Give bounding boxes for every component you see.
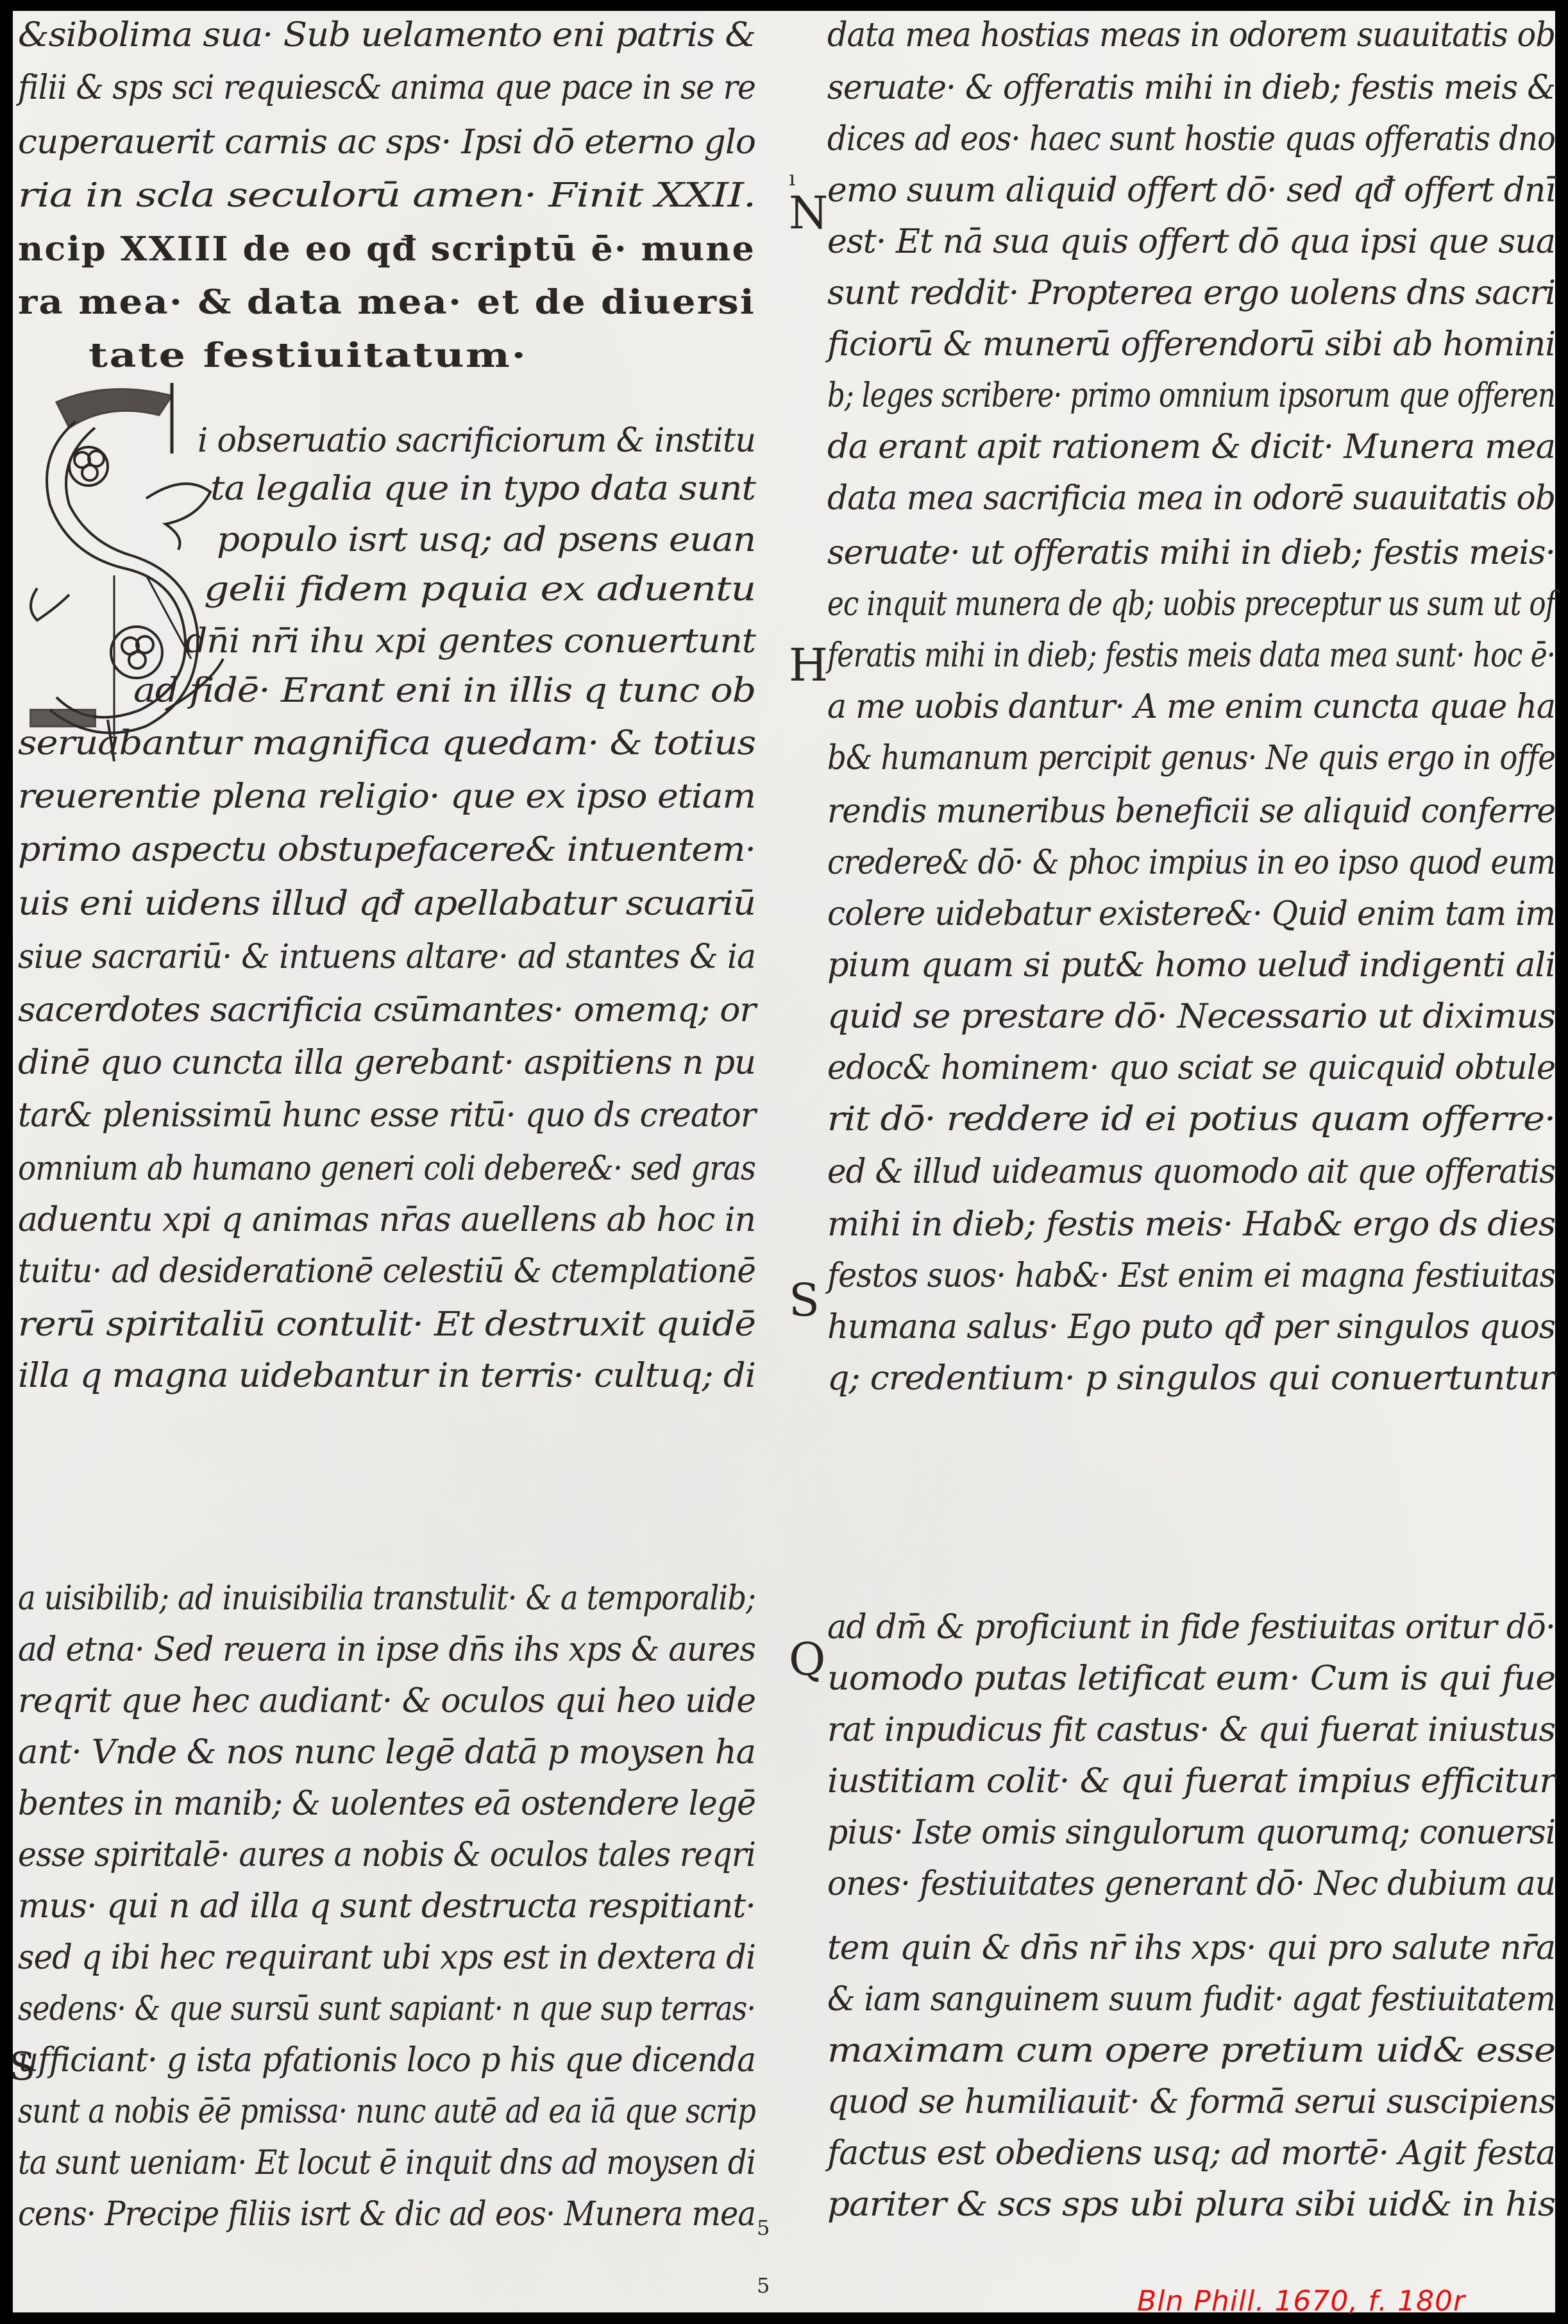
text-line: ed & illud uideamus quomodo ait que offe… — [827, 1153, 1555, 1191]
text-line: est· Et nā sua quis offert dō qua ipsi q… — [827, 223, 1555, 261]
text-line: sunt reddit· Propterea ergo uolens dns s… — [827, 274, 1555, 312]
text-line: &sibolima sua· Sub uelamento eni patris … — [18, 16, 755, 55]
text-line: seruabantur magnifica quedam· & totius — [18, 724, 755, 763]
text-line: populo isrt usq; ad psens euan — [217, 521, 755, 559]
text-line: colere uidebatur existere&· Quid enim ta… — [827, 895, 1555, 933]
text-line: ta legalia que in typo data sunt — [210, 470, 755, 508]
text-line: omnium ab humano generi coli debere&· se… — [18, 1149, 755, 1188]
text-line: cens· Precipe filiis isrt & dic ad eos· … — [18, 2195, 755, 2234]
text-line: ec inquit munera de qb; uobis preceptur … — [827, 585, 1555, 623]
rubric-heading-line: tate festiuitatum· — [89, 337, 755, 375]
text-line: bentes in manib; & uolentes eā ostendere… — [18, 1785, 755, 1823]
text-line: ant· Vnde & nos nunc legē datā p moysen … — [18, 1733, 755, 1772]
text-line: ones· festiuitates generant dō· Nec dubi… — [827, 1865, 1555, 1903]
versal-initial-s: S — [789, 1278, 820, 1323]
text-line: reqrit que hec audiant· & oculos qui heo… — [18, 1682, 755, 1720]
text-line: uis eni uidens illud qđ apellabatur scua… — [18, 885, 755, 923]
text-line: aduentu xpi q animas nr̄as auellens ab h… — [18, 1201, 755, 1239]
text-line: quid se prestare dō· Necessario ut dixim… — [827, 997, 1555, 1036]
text-line: & iam sanguinem suum fudit· agat festiui… — [827, 1980, 1555, 2019]
rubric-heading-line: ra mea· & data mea· et de diuersi — [18, 284, 755, 322]
text-line: maximam cum opere pretium uid& esse — [827, 2031, 1555, 2070]
text-line: b; leges scribere· primo omnium ipsorum … — [827, 377, 1555, 415]
text-line: da erant apit rationem & dicit· Munera m… — [827, 428, 1555, 466]
versal-initial-n: N — [789, 191, 828, 235]
text-line: ad dm̄ & proficiunt in fide festiuitas o… — [827, 1608, 1555, 1647]
text-line: tuitu· ad desiderationē celestiū & ctemp… — [18, 1252, 755, 1291]
text-line: rendis muneribus beneficii se aliquid co… — [827, 792, 1555, 831]
text-line: iustitiam colit· & qui fuerat impius eff… — [827, 1762, 1555, 1801]
versal-initial-h: H — [789, 643, 828, 688]
text-line: pariter & scs sps ubi plura sibi uid& in… — [827, 2185, 1555, 2224]
text-line: quod se humiliauit· & formā serui suscip… — [827, 2083, 1555, 2121]
marginal-mark: ı — [789, 168, 795, 189]
text-line: data mea hostias meas in odorem suauitat… — [827, 16, 1555, 55]
text-line: illa q magna uidebantur in terris· cultu… — [18, 1357, 755, 1395]
text-line: q; credentium· p singulos qui conuertunt… — [827, 1359, 1555, 1398]
text-line: esse spiritalē· aures a nobis & oculos t… — [18, 1836, 755, 1874]
manuscript-folio: &sibolima sua· Sub uelamento eni patris … — [13, 11, 1555, 2312]
text-line: factus est obediens usq; ad mortē· Agit … — [827, 2134, 1555, 2173]
text-line: sedens· & que sursū sunt sapiant· n que … — [18, 1990, 755, 2028]
text-line: rat inpudicus fit castus· & qui fuerat i… — [827, 1711, 1555, 1749]
text-line: dinē quo cuncta illa gerebant· aspitiens… — [18, 1044, 755, 1082]
text-line: pius· Iste omis singulorum quorumq; conu… — [827, 1813, 1555, 1852]
text-line: emo suum aliquid offert dō· sed qđ offer… — [827, 171, 1555, 210]
text-line: edoc& hominem· quo sciat se quicquid obt… — [827, 1049, 1555, 1087]
text-line: festos suos· hab&· Est enim ei magna fes… — [827, 1257, 1555, 1295]
text-line: sacerdotes sacrificia csūmantes· omemq; … — [18, 991, 755, 1030]
text-line: ad etna· Sed reuera in ipse dn̄s ihs xps… — [18, 1631, 755, 1669]
text-line: rerū spiritaliū contulit· Et destruxit q… — [18, 1305, 755, 1344]
versal-initial-s-left: S — [9, 2044, 35, 2089]
text-line: rit dō· reddere id ei potius quam offerr… — [827, 1100, 1555, 1139]
text-line: primo aspectu obstupefacere& intuentem· — [18, 831, 755, 869]
rubric-heading-line: ncip XXIII de eo qđ scriptū ē· mune — [18, 230, 755, 269]
text-line: ficiorū & munerū offerendorū sibi ab hom… — [827, 325, 1555, 364]
text-line: filii & sps sci requiesc& anima que pace… — [18, 69, 755, 107]
text-line: a uisibilib; ad inuisibilia transtulit· … — [18, 1579, 755, 1618]
text-line: credere& dō· & phoc impius in eo ipso qu… — [827, 844, 1555, 882]
text-line: seruate· ut offeratis mihi in dieb; fest… — [827, 534, 1555, 572]
text-line: b& humanum percipit genus· Ne quis ergo … — [827, 739, 1555, 777]
text-line: dices ad eos· haec sunt hostie quas offe… — [827, 120, 1555, 158]
text-line: tar& plenissimū hunc esse ritū· quo ds c… — [18, 1096, 755, 1135]
text-line: i obseruatio sacrificiorum & institu — [198, 421, 755, 460]
text-line: data mea sacrificia mea in odorē suauita… — [827, 479, 1555, 518]
text-line: ria in scla seculorū amen· Finit XXII. — [18, 176, 755, 215]
text-line: ad fidē· Erant eni in illis q tunc ob — [133, 672, 755, 710]
text-line: feratis mihi in dieb; festis meis data m… — [827, 636, 1555, 675]
text-line: dn̄i nr̄i ihu xpi gentes conuertunt — [185, 622, 755, 661]
text-line: mus· qui n ad illa q sunt destructa resp… — [18, 1887, 755, 1926]
text-line: siue sacrariū· & intuens altare· ad stan… — [18, 938, 755, 976]
text-line: ta sunt ueniam· Et locut ē inquit dns ad… — [18, 2144, 755, 2182]
shelfmark-annotation: Bln Phill. 1670, f. 180r — [1137, 2285, 1465, 2318]
text-line: reuerentie plena religio· que ex ipso et… — [18, 777, 755, 816]
marginal-mark: 5 — [757, 2218, 770, 2238]
text-line: cuperauerit carnis ac sps· Ipsi dō etern… — [18, 123, 755, 162]
text-line: pium quam si put& homo ueluđ indigenti a… — [827, 946, 1555, 985]
text-line: uomodo putas letificat eum· Cum is qui f… — [827, 1659, 1555, 1698]
marginal-mark: 5 — [757, 2275, 770, 2296]
text-line: gelii fidem pquia ex aduentu — [204, 570, 755, 609]
text-line: mihi in dieb; festis meis· Hab& ergo ds … — [827, 1205, 1555, 1244]
text-line: seruate· & offeratis mihi in dieb; festi… — [827, 69, 1555, 107]
text-line: a me uobis dantur· A me enim cuncta quae… — [827, 688, 1555, 726]
text-line: tem quin & dn̄s nr̄ ihs xps· qui pro sal… — [827, 1929, 1555, 1967]
text-line: humana salus· Ego puto qđ per singulos q… — [827, 1308, 1555, 1346]
text-line: sed q ibi hec requirant ubi xps est in d… — [18, 1938, 755, 1977]
text-line: sunt a nobis ēē pmissa· nunc autē ad ea … — [18, 2092, 755, 2131]
text-line: ufficiant· g ista pfationis loco p his q… — [18, 2041, 755, 2080]
versal-initial-q: Q — [789, 1637, 825, 1682]
